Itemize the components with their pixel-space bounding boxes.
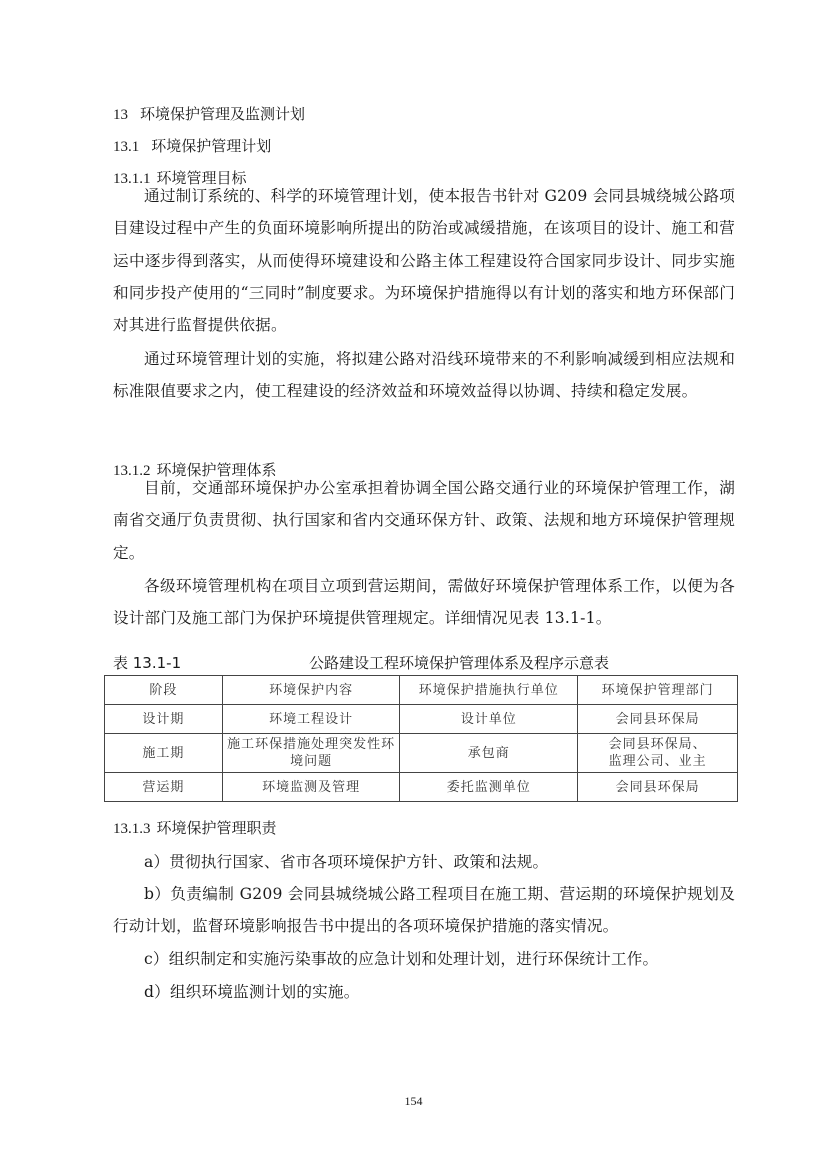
- paragraph: 目前，交通部环境保护办公室承担着协调全国公路交通行业的环境保护管理工作，湖南省交…: [113, 472, 735, 569]
- table-cell: 环境工程设计: [222, 705, 400, 734]
- list-item-c: c）组织制定和实施污染事故的应急计划和处理计划，进行环保统计工作。: [113, 943, 735, 975]
- heading-number: 13.1.3: [113, 821, 151, 837]
- heading-text: 环境保护管理计划: [151, 137, 271, 155]
- header-cell: 环境保护措施执行单位: [400, 676, 578, 705]
- table-cell: 设计期: [105, 705, 223, 734]
- table-row: 施工期 施工环保措施处理突发性环境问题 承包商 会同县环保局、监理公司、业主: [105, 734, 738, 773]
- table-cell: 施工期: [105, 734, 223, 773]
- list-item-b: b）负责编制 G209 会同县城绕城公路工程项目在施工期、营运期的环境保护规划及…: [113, 878, 735, 943]
- heading-number: 13: [113, 107, 128, 123]
- table-cell: 营运期: [105, 773, 223, 802]
- document-page: 13环境保护管理及监测计划 13.1环境保护管理计划 13.1.1环境管理目标 …: [0, 0, 827, 1169]
- table-number: 表 13.1-1: [113, 652, 181, 674]
- page-number: 154: [0, 1094, 827, 1109]
- header-cell: 环境保护管理部门: [578, 676, 738, 705]
- table-cell: 委托监测单位: [400, 773, 578, 802]
- management-system-table: 阶段 环境保护内容 环境保护措施执行单位 环境保护管理部门 设计期 环境工程设计…: [104, 675, 738, 802]
- table-cell: 承包商: [400, 734, 578, 773]
- table-row: 设计期 环境工程设计 设计单位 会同县环保局: [105, 705, 738, 734]
- table-caption: 表 13.1-1 公路建设工程环境保护管理体系及程序示意表: [113, 652, 735, 674]
- list-item-d: d）组织环境监测计划的实施。: [113, 976, 735, 1008]
- table-cell: 施工环保措施处理突发性环境问题: [222, 734, 400, 773]
- table-cell: 会同县环保局: [578, 705, 738, 734]
- heading-text: 环境保护管理职责: [157, 819, 277, 837]
- table-cell: 会同县环保局、监理公司、业主: [578, 734, 738, 773]
- paragraph: 各级环境管理机构在项目立项到营运期间，需做好环境保护管理体系工作，以便为各设计部…: [113, 570, 735, 635]
- header-cell: 阶段: [105, 676, 223, 705]
- heading-text: 环境保护管理及监测计划: [140, 105, 305, 123]
- subsection-heading: 13.1.3环境保护管理职责: [113, 818, 277, 839]
- table-cell: 会同县环保局: [578, 773, 738, 802]
- table-cell: 设计单位: [400, 705, 578, 734]
- table-cell: 环境监测及管理: [222, 773, 400, 802]
- paragraph: 通过环境管理计划的实施，将拟建公路对沿线环境带来的不利影响减缓到相应法规和标准限…: [113, 343, 735, 408]
- table-header-row: 阶段 环境保护内容 环境保护措施执行单位 环境保护管理部门: [105, 676, 738, 705]
- section-heading: 13.1环境保护管理计划: [113, 136, 271, 157]
- chapter-heading: 13环境保护管理及监测计划: [113, 104, 305, 125]
- list-item-a: a）贯彻执行国家、省市各项环境保护方针、政策和法规。: [113, 846, 735, 878]
- heading-number: 13.1: [113, 139, 139, 155]
- table-row: 营运期 环境监测及管理 委托监测单位 会同县环保局: [105, 773, 738, 802]
- table-title: 公路建设工程环境保护管理体系及程序示意表: [309, 652, 609, 674]
- paragraph: 通过制订系统的、科学的环境管理计划，使本报告书针对 G209 会同县城绕城公路项…: [113, 180, 735, 341]
- header-cell: 环境保护内容: [222, 676, 400, 705]
